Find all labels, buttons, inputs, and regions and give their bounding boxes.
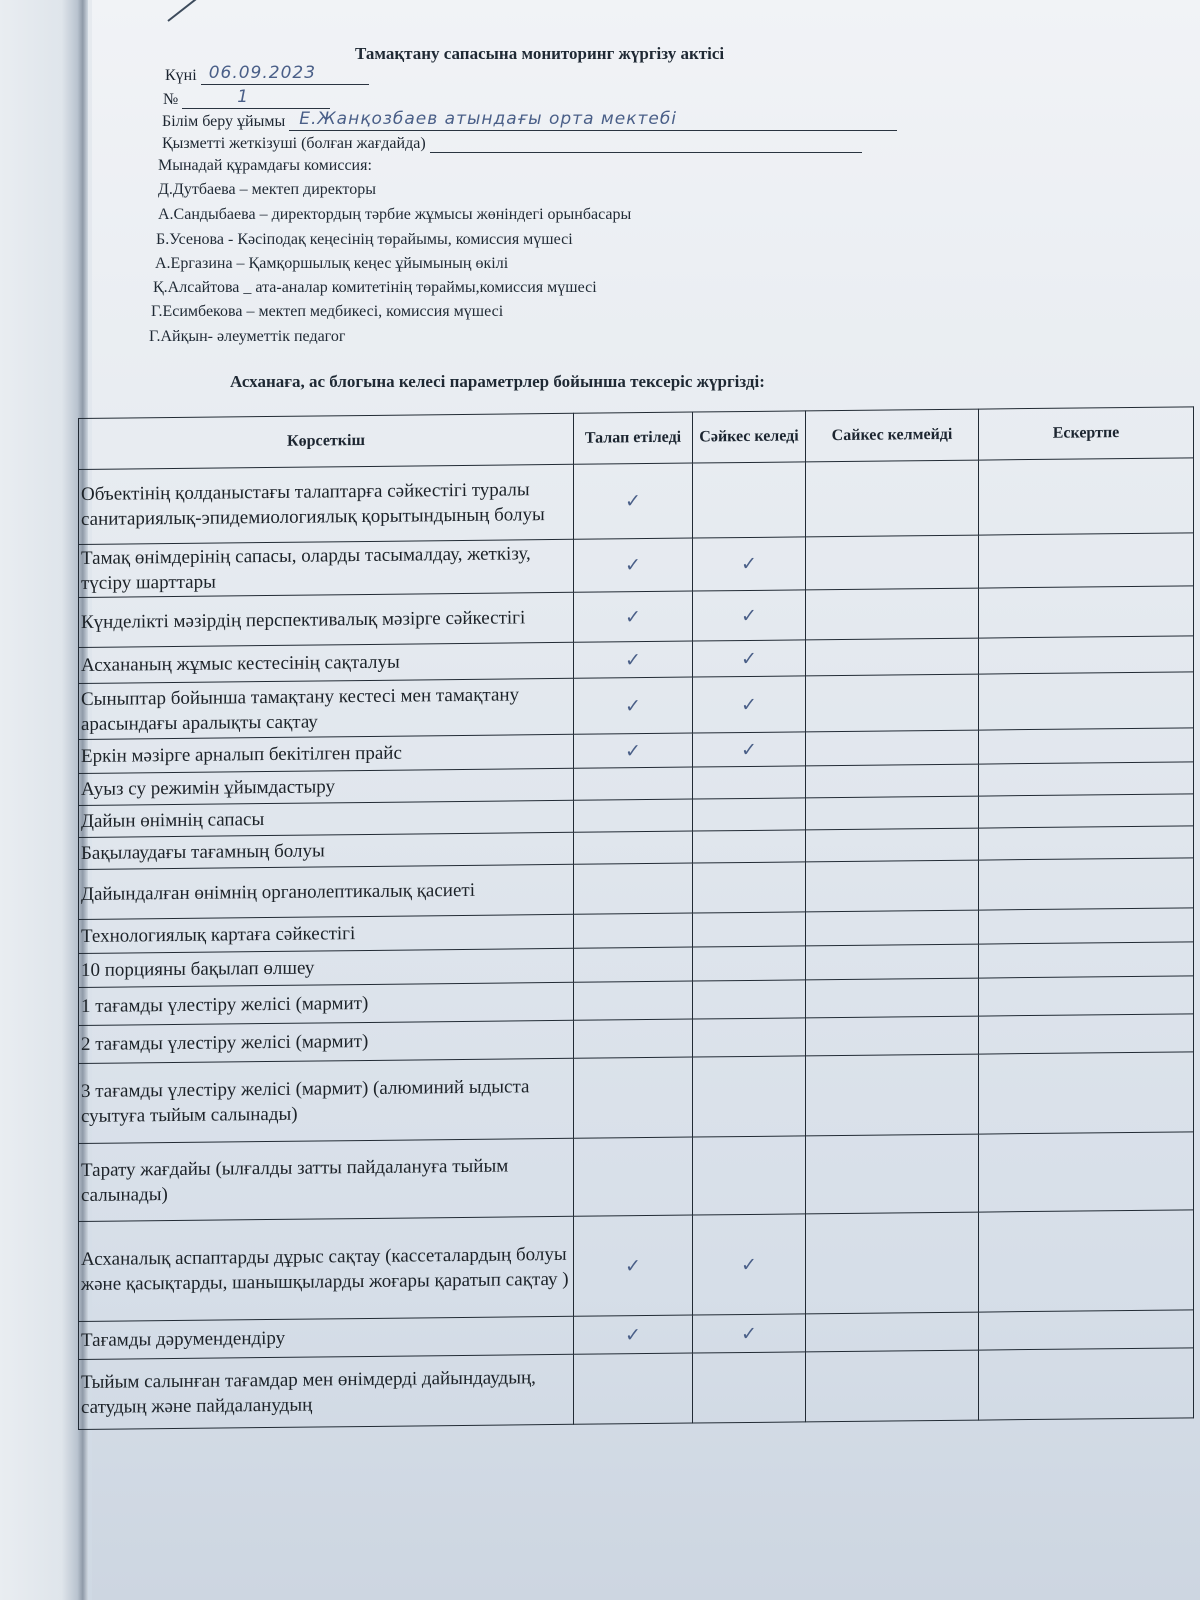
compliant-cell[interactable]: ✓ xyxy=(693,1214,806,1315)
note-cell[interactable] xyxy=(979,1348,1194,1420)
checkmark-icon: ✓ xyxy=(625,606,641,628)
row-indicator: 10 порцияны бақылап өлшеу xyxy=(79,948,574,987)
document-title: Тамақтану сапасына мониторинг жүргізу ак… xyxy=(355,44,724,64)
noncompliant-cell[interactable] xyxy=(806,764,979,798)
compliant-cell[interactable] xyxy=(693,1018,806,1057)
compliant-cell[interactable] xyxy=(693,946,806,981)
checkmark-icon: ✓ xyxy=(741,1322,757,1344)
required-cell[interactable] xyxy=(574,981,693,1020)
noncompliant-cell[interactable] xyxy=(806,978,979,1018)
supplier-field: Қызметті жеткізуші (болған жағдайда) xyxy=(162,134,862,153)
row-indicator: 3 тағамды үлестіру желісі (мармит) (алюм… xyxy=(79,1058,574,1143)
note-cell[interactable] xyxy=(979,826,1194,860)
note-cell[interactable] xyxy=(979,586,1194,638)
org-line: Е.Жанқозбаев атындағы орта мектебі xyxy=(289,112,897,131)
required-cell[interactable] xyxy=(574,831,693,864)
note-cell[interactable] xyxy=(979,533,1194,588)
row-indicator: Технологиялық картаға сәйкестігі xyxy=(79,914,574,953)
table-row: Тыйым салынған тағамдар мен өнімдерді да… xyxy=(79,1348,1194,1430)
date-line: 06.09.2023 xyxy=(201,66,369,85)
row-indicator: Тарату жағдайы (ылғалды затты пайдалануғ… xyxy=(79,1138,574,1221)
compliant-cell[interactable] xyxy=(693,912,806,947)
binder-edge xyxy=(0,0,88,1600)
row-indicator: Бақылаудағы тағамның болуы xyxy=(79,832,574,869)
commission-intro: Мынадай құрамдағы комиссия: xyxy=(158,157,372,175)
checkmark-icon: ✓ xyxy=(741,693,757,715)
row-indicator: Дайындалған өнімнің органолептикалық қас… xyxy=(79,864,574,919)
commission-member: Б.Усенова - Кәсіподақ кеңесінің төрайымы… xyxy=(156,231,573,249)
required-cell[interactable] xyxy=(574,913,693,948)
note-cell[interactable] xyxy=(979,1310,1194,1350)
checkmark-icon: ✓ xyxy=(741,1253,757,1275)
header-indicator: Көрсеткіш xyxy=(79,413,574,469)
noncompliant-cell[interactable] xyxy=(806,1054,979,1136)
compliant-cell[interactable]: ✓ xyxy=(693,537,806,591)
noncompliant-cell[interactable] xyxy=(806,1212,979,1314)
row-indicator: Тамақ өнімдерінің сапасы, оларды тасымал… xyxy=(79,539,574,597)
checkmark-icon: ✓ xyxy=(741,647,757,669)
noncompliant-cell[interactable] xyxy=(806,1016,979,1056)
row-indicator: Ауыз су режимін ұйымдастыру xyxy=(79,768,574,805)
org-label: Білім беру ұйымы xyxy=(162,113,285,130)
commission-member: Д.Дутбаева – мектеп директоры xyxy=(158,181,376,199)
required-cell[interactable] xyxy=(574,1057,693,1138)
checkmark-icon: ✓ xyxy=(625,649,641,671)
commission-member: А.Ергазина – Қамқоршылық кеңес ұйымының … xyxy=(155,255,508,273)
commission-member: Г.Айқын- әлеуметтік педагог xyxy=(149,328,345,346)
table-row: Асханалық аспаптарды дұрыс сақтау (кассе… xyxy=(79,1210,1194,1322)
row-indicator: Тыйым салынған тағамдар мен өнімдерді да… xyxy=(79,1354,574,1429)
required-cell[interactable] xyxy=(574,1137,693,1216)
compliant-cell[interactable] xyxy=(693,830,806,863)
compliant-cell[interactable]: ✓ xyxy=(693,1314,806,1353)
noncompliant-cell[interactable] xyxy=(806,828,979,862)
note-cell[interactable] xyxy=(979,1052,1194,1134)
checkmark-icon: ✓ xyxy=(625,490,641,512)
noncompliant-cell[interactable] xyxy=(806,860,979,912)
note-cell[interactable] xyxy=(979,942,1194,978)
row-indicator: Күнделікті мәзірдің перспективалық мәзір… xyxy=(79,592,574,647)
required-cell[interactable] xyxy=(574,1019,693,1058)
checkmark-icon: ✓ xyxy=(625,695,641,717)
number-line: 1 xyxy=(182,90,330,109)
noncompliant-cell[interactable] xyxy=(806,535,979,590)
noncompliant-cell[interactable] xyxy=(806,1350,979,1422)
noncompliant-cell[interactable] xyxy=(806,674,979,732)
supplier-label: Қызметті жеткізуші (болған жағдайда) xyxy=(162,135,426,152)
header-noncompliant: Сайкес келмейді xyxy=(806,409,979,462)
required-cell[interactable]: ✓ xyxy=(574,1215,693,1316)
note-cell[interactable] xyxy=(979,728,1194,764)
table-row: 3 тағамды үлестіру желісі (мармит) (алюм… xyxy=(79,1052,1194,1144)
compliant-cell[interactable] xyxy=(693,766,806,799)
row-indicator: 1 тағамды үлестіру желісі (мармит) xyxy=(79,982,574,1025)
number-field: № 1 xyxy=(163,90,330,109)
required-cell[interactable]: ✓ xyxy=(574,1315,693,1354)
note-cell[interactable] xyxy=(979,1014,1194,1054)
header-compliant: Сәйкес келеді xyxy=(693,411,806,463)
compliant-cell[interactable] xyxy=(693,798,806,831)
row-indicator: Сыныптар бойынша тамақтану кестесі мен т… xyxy=(79,678,574,739)
required-cell[interactable]: ✓ xyxy=(574,677,693,734)
required-cell[interactable]: ✓ xyxy=(574,591,693,642)
noncompliant-cell[interactable] xyxy=(806,638,979,676)
commission-member: Қ.Алсайтова _ ата-аналар комитетінің төр… xyxy=(153,279,597,297)
note-cell[interactable] xyxy=(979,636,1194,674)
compliant-cell[interactable] xyxy=(693,1136,806,1215)
required-cell[interactable]: ✓ xyxy=(574,538,693,592)
noncompliant-cell[interactable] xyxy=(806,730,979,766)
commission-member: Г.Есимбекова – мектеп медбикесі, комисси… xyxy=(151,303,503,321)
header-note: Ескертпе xyxy=(979,407,1194,460)
number-value: 1 xyxy=(237,87,249,107)
row-indicator: Объектінің қолданыстағы талаптарға сәйке… xyxy=(79,464,574,544)
noncompliant-cell[interactable] xyxy=(806,588,979,640)
note-cell[interactable] xyxy=(979,858,1194,910)
commission-member: А.Сандыбаева – директордың тәрбие жұмысы… xyxy=(158,206,631,224)
checkmark-icon: ✓ xyxy=(741,553,757,575)
note-cell[interactable] xyxy=(979,762,1194,796)
compliant-cell[interactable] xyxy=(693,862,806,913)
checkmark-icon: ✓ xyxy=(625,1255,641,1277)
checkmark-icon: ✓ xyxy=(625,554,641,576)
noncompliant-cell[interactable] xyxy=(806,460,979,537)
table-body: Объектінің қолданыстағы талаптарға сәйке… xyxy=(79,458,1194,1430)
required-cell[interactable] xyxy=(574,767,693,800)
note-cell[interactable] xyxy=(979,794,1194,828)
header-required: Талап етіледі xyxy=(574,412,693,464)
date-field: Күні 06.09.2023 xyxy=(165,66,369,85)
compliant-cell[interactable]: ✓ xyxy=(693,676,806,733)
table-row: Объектінің қолданыстағы талаптарға сәйке… xyxy=(79,458,1194,545)
number-label: № xyxy=(163,91,178,108)
required-cell[interactable] xyxy=(574,799,693,832)
noncompliant-cell[interactable] xyxy=(806,796,979,830)
checkmark-icon: ✓ xyxy=(625,1324,641,1346)
checkmark-icon: ✓ xyxy=(741,604,757,626)
compliant-cell[interactable]: ✓ xyxy=(693,590,806,641)
required-cell[interactable]: ✓ xyxy=(574,733,693,768)
section-subtitle: Асханаға, ас блогына келесі параметрлер … xyxy=(230,372,765,392)
required-cell[interactable] xyxy=(574,863,693,914)
compliant-cell[interactable] xyxy=(693,1056,806,1137)
row-indicator: Тағамды дәрумендендіру xyxy=(79,1316,574,1359)
row-indicator: 2 тағамды үлестіру желісі (мармит) xyxy=(79,1020,574,1063)
row-indicator: Асханалық аспаптарды дұрыс сақтау (кассе… xyxy=(79,1216,574,1321)
noncompliant-cell[interactable] xyxy=(806,910,979,946)
noncompliant-cell[interactable] xyxy=(806,944,979,980)
row-indicator: Асхананың жұмыс кестесінің сақталуы xyxy=(79,642,574,683)
checkmark-icon: ✓ xyxy=(625,740,641,762)
required-cell[interactable] xyxy=(574,1353,693,1424)
supplier-line xyxy=(430,134,862,153)
required-cell[interactable]: ✓ xyxy=(574,641,693,678)
note-cell[interactable] xyxy=(979,1132,1194,1212)
compliant-cell[interactable]: ✓ xyxy=(693,732,806,767)
note-cell[interactable] xyxy=(979,908,1194,944)
checkmark-icon: ✓ xyxy=(741,738,757,760)
inspection-table: Көрсеткіш Талап етіледі Сәйкес келеді Са… xyxy=(78,406,1194,1430)
date-value: 06.09.2023 xyxy=(209,63,316,83)
note-cell[interactable] xyxy=(979,1210,1194,1312)
org-value: Е.Жанқозбаев атындағы орта мектебі xyxy=(299,109,677,129)
compliant-cell[interactable] xyxy=(693,980,806,1019)
date-label: Күні xyxy=(165,67,197,84)
table-row: Тарату жағдайы (ылғалды затты пайдалануғ… xyxy=(79,1132,1194,1222)
noncompliant-cell[interactable] xyxy=(806,1312,979,1352)
compliant-cell[interactable]: ✓ xyxy=(693,640,806,677)
required-cell[interactable] xyxy=(574,947,693,982)
note-cell[interactable] xyxy=(979,976,1194,1016)
note-cell[interactable] xyxy=(979,672,1194,730)
compliant-cell[interactable] xyxy=(693,462,806,538)
required-cell[interactable]: ✓ xyxy=(574,463,693,539)
row-indicator: Дайын өнімнің сапасы xyxy=(79,800,574,837)
row-indicator: Еркін мәзірге арналып бекітілген прайс xyxy=(79,734,574,773)
org-field: Білім беру ұйымы Е.Жанқозбаев атындағы о… xyxy=(162,112,897,131)
compliant-cell[interactable] xyxy=(693,1352,806,1423)
note-cell[interactable] xyxy=(979,458,1194,535)
noncompliant-cell[interactable] xyxy=(806,1134,979,1214)
